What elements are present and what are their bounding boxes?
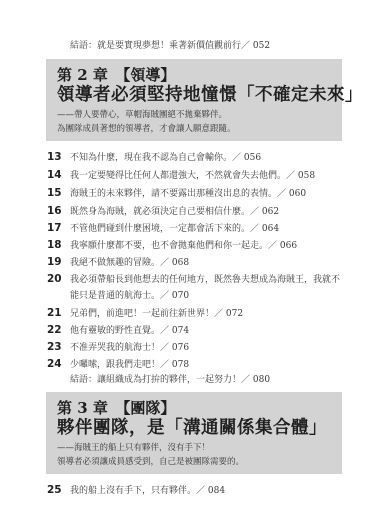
entry-title: 兄弟們，前進吧！一起前往新世界！／ 072 [70, 306, 347, 322]
chapter-2-header: 第 2 章 【領導】 領導者必須堅持地憧憬「不確定未來」 ——帶人要帶心，草帽海… [46, 59, 342, 141]
entry-number: 13 [47, 151, 67, 164]
entry-number: 18 [47, 239, 67, 252]
chapter-3-subtitle-1: ——海賊王的船上只有夥伴，沒有手下！ [57, 441, 332, 455]
chapter-2-subtitle-2: 為團隊成員著想的領導者，才會讓人願意跟隨。 [57, 122, 332, 136]
entry-title: 他有靈敏的野性直覺。／ 074 [70, 323, 347, 339]
entry-title: 我一定要變得比任何人都還強大，不然就會失去他們。／ 058 [70, 168, 347, 184]
entry-number: 25 [47, 484, 67, 497]
toc-entry-14[interactable]: 14 我一定要變得比任何人都還強大，不然就會失去他們。／ 058 [47, 169, 347, 184]
toc-entry-15[interactable]: 15 海賊王的未來夥伴，請不要露出那種沒出息的表情。／ 060 [47, 187, 347, 202]
entry-number: 17 [47, 222, 67, 235]
toc-entry-23[interactable]: 23 不准弄哭我的航海士！／ 076 [47, 341, 347, 356]
entry-title: 不准弄哭我的航海士！／ 076 [70, 340, 347, 356]
chapter-3-title: 夥伴團隊，是「溝通關係集合體」 [57, 418, 332, 439]
entry-number: 20 [47, 273, 67, 286]
entry-title: 我的船上沒有手下，只有夥伴。／ 084 [70, 483, 347, 499]
chapter-2-subtitle-1: ——帶人要帶心，草帽海賊團絕不拋棄夥伴。 [57, 108, 332, 122]
toc-entry-17[interactable]: 17 不管他們碰到什麼困境，一定都會活下來的。／ 064 [47, 222, 347, 237]
entry-title: 海賊王的未來夥伴，請不要露出那種沒出息的表情。／ 060 [70, 186, 347, 202]
entry-title: 不知為什麼，現在我不認為自己會輸你。／ 056 [70, 150, 347, 166]
entry-title: 我寧願什麼都不要，也不會拋棄他們和你一起走。／ 066 [70, 238, 347, 254]
entry-title: 我絕不做無趣的冒險。／ 068 [70, 255, 347, 271]
entry-title: 既然身為海賊，就必須決定自己要相信什麼。／ 062 [70, 204, 347, 220]
entry-number: 15 [47, 187, 67, 200]
toc-entry-19[interactable]: 19 我絕不做無趣的冒險。／ 068 [47, 256, 347, 271]
chapter-2-summary: 結語：讓組織成為打拚的夥伴，一起努力！／ 080 [70, 374, 270, 386]
chapter-2-title: 領導者必須堅持地憧憬「不確定未來」 [57, 85, 332, 106]
chapter-2-label: 第 2 章 【領導】 [57, 66, 332, 85]
table-of-contents-page: 結語：就是要實現夢想！乘著新價值觀前行／ 052 第 2 章 【領導】 領導者必… [0, 0, 390, 528]
entry-title: 少囉嗦，跟我們走吧！／ 078 [70, 357, 347, 373]
entry-number: 19 [47, 256, 67, 269]
chapter-3-label: 第 3 章 【團隊】 [57, 399, 332, 418]
entry-number: 21 [47, 307, 67, 320]
toc-entry-21[interactable]: 21 兄弟們，前進吧！一起前往新世界！／ 072 [47, 307, 347, 322]
chapter-3-header: 第 3 章 【團隊】 夥伴團隊，是「溝通關係集合體」 ——海賊王的船上只有夥伴，… [46, 392, 342, 474]
toc-entry-25[interactable]: 25 我的船上沒有手下，只有夥伴。／ 084 [47, 484, 347, 499]
chapter-1-summary: 結語：就是要實現夢想！乘著新價值觀前行／ 052 [70, 40, 270, 52]
toc-entry-24[interactable]: 24 少囉嗦，跟我們走吧！／ 078 [47, 358, 347, 373]
toc-entry-16[interactable]: 16 既然身為海賊，就必須決定自己要相信什麼。／ 062 [47, 205, 347, 220]
entry-title: 我必須帶船長到他想去的任何地方，既然魯夫想成為海賊王，我就不能只是普通的航海士。… [70, 272, 347, 304]
entry-number: 16 [47, 205, 67, 218]
toc-entry-13[interactable]: 13 不知為什麼，現在我不認為自己會輸你。／ 056 [47, 151, 347, 166]
entry-number: 14 [47, 169, 67, 182]
entry-number: 22 [47, 324, 67, 337]
chapter-3-subtitle-2: 領導者必須讓成員感受到，自己是被團隊需要的。 [57, 455, 332, 469]
toc-entry-18[interactable]: 18 我寧願什麼都不要，也不會拋棄他們和你一起走。／ 066 [47, 239, 347, 254]
entry-title: 不管他們碰到什麼困境，一定都會活下來的。／ 064 [70, 221, 347, 237]
toc-entry-20[interactable]: 20 我必須帶船長到他想去的任何地方，既然魯夫想成為海賊王，我就不能只是普通的航… [47, 273, 347, 304]
toc-entry-22[interactable]: 22 他有靈敏的野性直覺。／ 074 [47, 324, 347, 339]
entry-number: 24 [47, 358, 67, 371]
entry-number: 23 [47, 341, 67, 354]
